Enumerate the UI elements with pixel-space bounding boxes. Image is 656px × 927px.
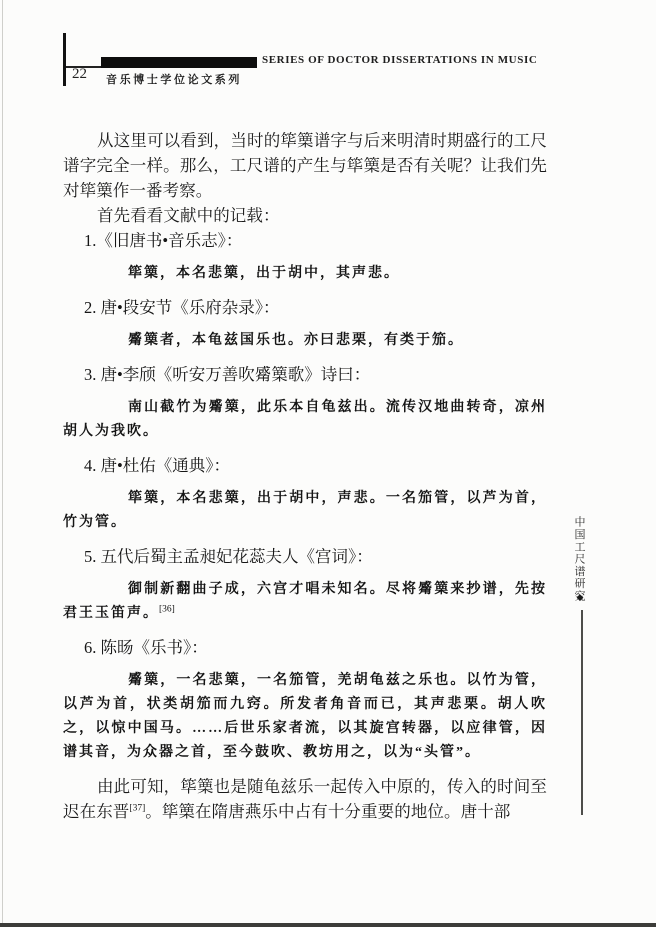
quote-block-4: 筚篥，本名悲篥，出于胡中，声悲。一名笳管，以芦为首，竹为管。 bbox=[63, 487, 547, 535]
closing-text-after: 。筚篥在隋唐燕乐中占有十分重要的地位。唐十部 bbox=[145, 802, 510, 821]
page-body: 从这里可以看到，当时的筚篥谱字与后来明清时期盛行的工尺谱字完全一样。那么，工尺谱… bbox=[63, 128, 547, 824]
section-heading-4: 4. 唐•杜佑《通典》： bbox=[63, 453, 547, 478]
paragraph-intro: 从这里可以看到，当时的筚篥谱字与后来明清时期盛行的工尺谱字完全一样。那么，工尺谱… bbox=[63, 128, 547, 203]
paragraph-closing: 由此可知，筚篥也是随龟兹乐一起传入中原的，传入的时间至迟在东晋[37]。筚篥在隋… bbox=[63, 774, 547, 824]
page-number: 22 bbox=[72, 66, 87, 83]
quote-block-6: 觱篥，一名悲篥，一名笳管，羌胡龟兹之乐也。以竹为管，以芦为首，状类胡笳而九窍。所… bbox=[63, 669, 547, 765]
quote-block-1: 筚篥，本名悲篥，出于胡中，其声悲。 bbox=[63, 262, 547, 286]
scan-edge-bottom bbox=[0, 923, 656, 927]
quote-text: 御制新翻曲子成，六宫才唱未知名。尽将觱篥来抄谱，先按君王玉笛声。 bbox=[63, 582, 547, 621]
header-series-title-zh: 音乐博士学位论文系列 bbox=[106, 71, 242, 87]
paragraph-lead-in: 首先看看文献中的记载： bbox=[63, 203, 547, 228]
header-vertical-rule bbox=[63, 33, 66, 86]
footnote-ref-37: [37] bbox=[129, 804, 145, 814]
quote-block-5: 御制新翻曲子成，六宫才唱未知名。尽将觱篥来抄谱，先按君王玉笛声。[36] bbox=[63, 578, 547, 626]
quote-block-2: 觱篥者，本龟兹国乐也。亦曰悲栗，有类于笳。 bbox=[63, 329, 547, 353]
footnote-ref-36: [36] bbox=[159, 604, 175, 614]
sidebar-vertical-rule bbox=[581, 610, 583, 815]
section-heading-1: 1.《旧唐书•音乐志》： bbox=[63, 228, 547, 253]
section-heading-2: 2. 唐•段安节《乐府杂录》： bbox=[63, 295, 547, 320]
scan-edge-left bbox=[2, 0, 3, 927]
header-series-title-en: SERIES OF DOCTOR DISSERTATIONS IN MUSIC bbox=[262, 54, 562, 66]
section-heading-5: 5. 五代后蜀主孟昶妃花蕊夫人《宫词》： bbox=[63, 544, 547, 569]
quote-block-3: 南山截竹为觱篥，此乐本自龟兹出。流传汉地曲转奇，凉州胡人为我吹。 bbox=[63, 396, 547, 444]
header-black-bar bbox=[101, 57, 257, 68]
diamond-marker-icon: ◆ bbox=[573, 593, 587, 603]
section-heading-3: 3. 唐•李颀《听安万善吹觱篥歌》诗曰： bbox=[63, 362, 547, 387]
section-heading-6: 6. 陈旸《乐书》： bbox=[63, 635, 547, 660]
